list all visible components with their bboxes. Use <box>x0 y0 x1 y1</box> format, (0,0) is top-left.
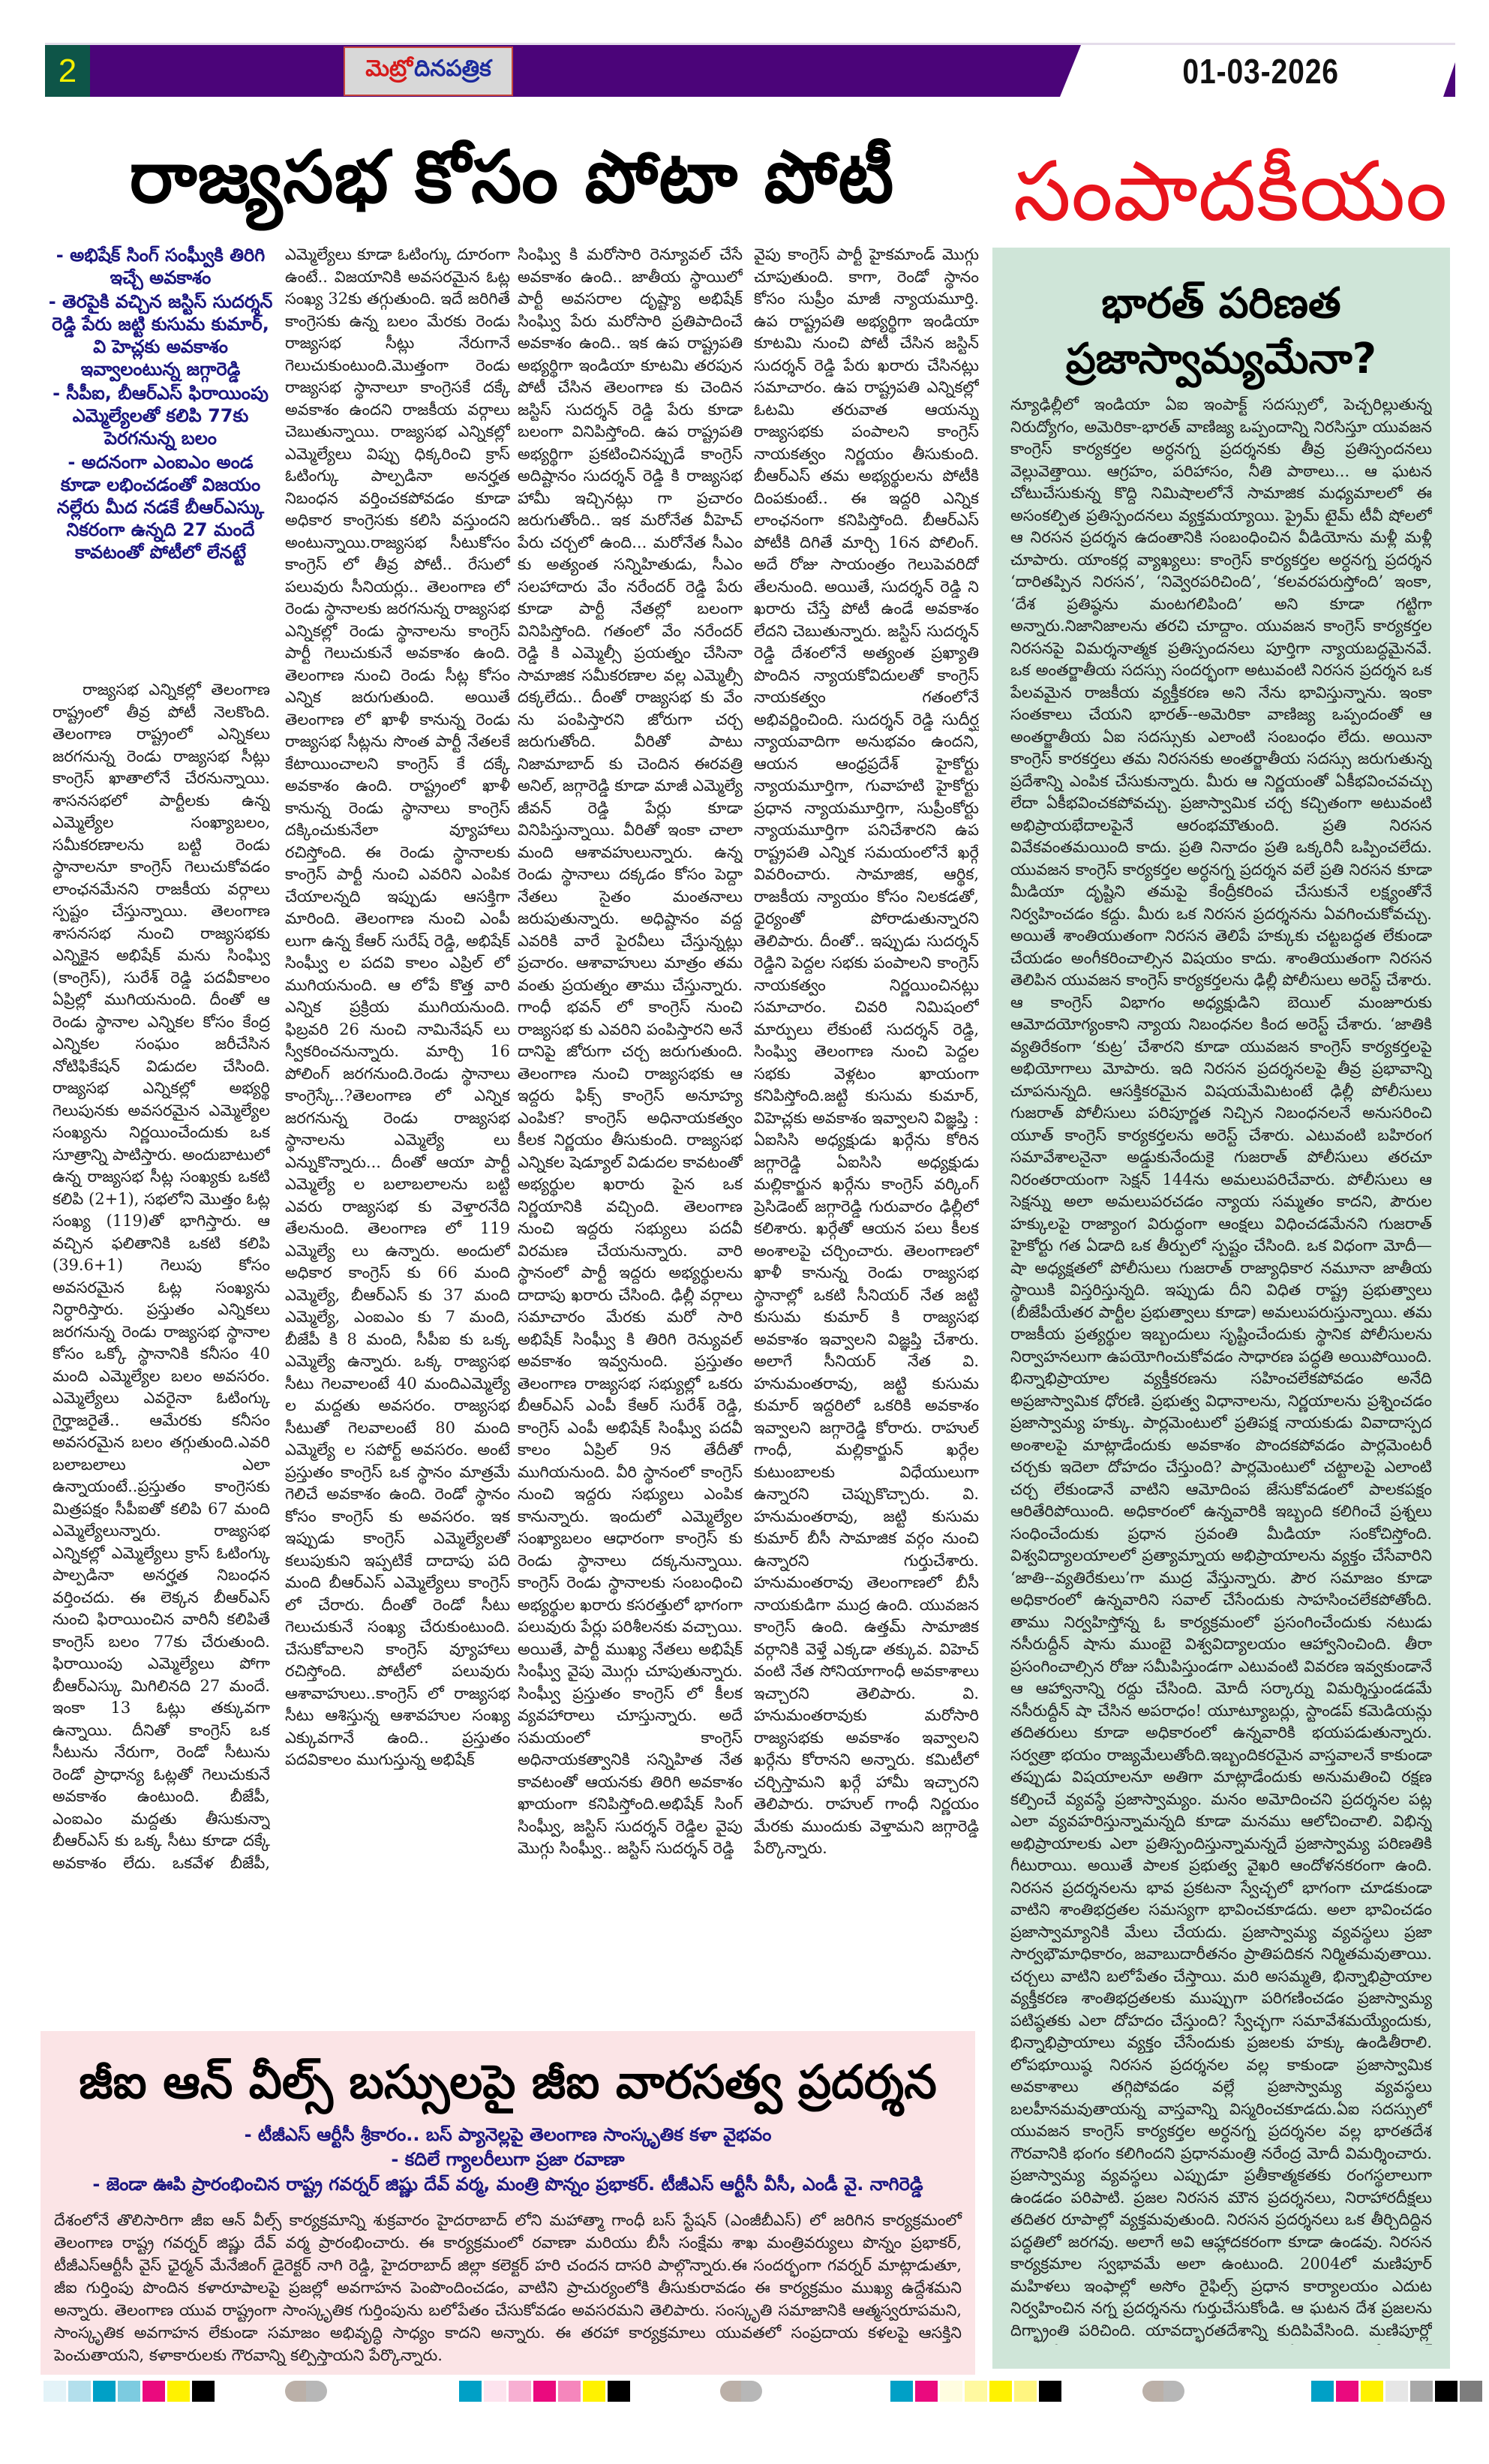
story-column-4: వైపు కాంగ్రెస్ పార్టీ హైకమాండ్ మొగ్గు చూ… <box>754 244 979 2067</box>
color-swatch <box>940 2381 962 2402</box>
registration-pill <box>1142 2381 1184 2402</box>
bottom-story-body: దేశంలోనే తొలిసారిగా జీఐ ఆన్ వీల్స్ కార్య… <box>54 2209 962 2366</box>
highlight-item: - అదనంగా ఎంఐఎం అండ కూడా లభించడంతో విజయం … <box>48 451 273 563</box>
color-swatch <box>989 2381 1012 2402</box>
editorial-label: సంపాదకీయం <box>990 124 1470 259</box>
column-text: సింఘ్వి కి మరోసారి రెన్యూవల్ చేసే అవకాశం… <box>518 244 743 1860</box>
story-column-2: ఎమ్మెల్యేలు కూడా ఓటింగ్కు దూరంగా ఉంటే.. … <box>285 244 510 2067</box>
color-swatch <box>965 2381 987 2402</box>
color-swatch <box>558 2381 581 2402</box>
logo-part1: మెట్రో <box>365 56 413 87</box>
color-swatch <box>1039 2381 1061 2402</box>
color-swatch <box>1385 2381 1408 2402</box>
page-number: 2 <box>45 45 90 97</box>
color-swatch <box>890 2381 913 2402</box>
color-swatch <box>915 2381 938 2402</box>
color-swatch <box>459 2381 482 2402</box>
registration-pill <box>285 2381 327 2402</box>
masthead: 2 మెట్రో దినపత్రిక 01-03-2026 <box>45 43 1455 97</box>
color-registration-bar <box>1311 2381 1482 2402</box>
highlight-item: - తెరపైకి వచ్చిన జస్టిస్ సుదర్శన్ రెడ్డి… <box>48 290 273 380</box>
editorial-body: న్యూఢిల్లీలో ఇండియా ఏఐ ఇంపాక్ట్ సదస్సులో… <box>1010 394 1432 2345</box>
highlight-item: - అభిషేక్ సింగ్ సంఘ్వీకి తిరిగి ఇచ్చే అవ… <box>48 244 273 289</box>
story-column-3: సింఘ్వి కి మరోసారి రెన్యూవల్ చేసే అవకాశం… <box>518 244 743 2067</box>
color-registration-bar <box>459 2381 630 2402</box>
color-swatch <box>1361 2381 1383 2402</box>
editorial-title-line1: భారత్ పరిణత <box>992 276 1450 332</box>
color-swatch <box>484 2381 506 2402</box>
editorial-title-line2: ప్రజాస్వామ్యమేనా? <box>992 332 1450 387</box>
registration-pill <box>720 2381 762 2402</box>
color-swatch <box>68 2381 91 2402</box>
logo-part2: దినపత్రిక <box>414 56 491 87</box>
column-text: రాజ్యసభ ఎన్నికల్లో తెలంగాణ రాష్ట్రంలో తీ… <box>53 679 270 1872</box>
color-swatch <box>1410 2381 1433 2402</box>
bottom-story-subheads: - టీజీఎస్ ఆర్టీసీ శ్రీకారం.. బస్ ప్యానెల… <box>41 2123 975 2197</box>
color-swatch <box>1311 2381 1334 2402</box>
color-swatch <box>1014 2381 1037 2402</box>
color-swatch <box>608 2381 630 2402</box>
color-swatch <box>143 2381 165 2402</box>
column-text: ఎమ్మెల్యేలు కూడా ఓటింగ్కు దూరంగా ఉంటే.. … <box>285 244 510 1771</box>
color-swatch <box>44 2381 66 2402</box>
color-swatch <box>1336 2381 1358 2402</box>
main-headline: రాజ్యసభ కోసం పోటా పోటీ <box>45 134 979 221</box>
color-registration-bar <box>44 2381 215 2402</box>
color-swatch <box>583 2381 605 2402</box>
color-swatch <box>118 2381 140 2402</box>
date-box: 01-03-2026 <box>1060 45 1461 97</box>
editorial-title: భారత్ పరిణత ప్రజాస్వామ్యమేనా? <box>992 276 1450 387</box>
story-column-1: రాజ్యసభ ఎన్నికల్లో తెలంగాణ రాష్ట్రంలో తీ… <box>53 679 270 1872</box>
bottom-story-headline: జీఐ ఆన్ వీల్స్ బస్సులపై జీఐ వారసత్వ ప్రద… <box>41 2052 975 2112</box>
subhead: - జెండా ఊపి ప్రారంభించిన రాష్ట్ర గవర్నర్… <box>41 2172 975 2197</box>
color-registration-bar <box>890 2381 1061 2402</box>
editorial-box: భారత్ పరిణత ప్రజాస్వామ్యమేనా? న్యూఢిల్లీ… <box>992 248 1450 2369</box>
newspaper-logo: మెట్రో దినపత్రిక <box>344 47 513 96</box>
color-swatch <box>192 2381 215 2402</box>
color-swatch <box>1435 2381 1457 2402</box>
color-swatch <box>509 2381 531 2402</box>
highlight-item: - సీపీఐ, బీఆర్ఎస్ ఫిరాయింపు ఎమ్మెల్యేలతో… <box>48 382 273 449</box>
issue-date: 01-03-2026 <box>1182 51 1339 92</box>
color-swatch <box>93 2381 116 2402</box>
subhead: - టీజీఎస్ ఆర్టీసీ శ్రీకారం.. బస్ ప్యానెల… <box>41 2123 975 2147</box>
color-swatch <box>533 2381 556 2402</box>
color-swatch <box>167 2381 190 2402</box>
bottom-story: జీఐ ఆన్ వీల్స్ బస్సులపై జీఐ వారసత్వ ప్రద… <box>41 2031 975 2375</box>
color-swatch <box>1460 2381 1482 2402</box>
story-highlights: - అభిషేక్ సింగ్ సంఘ్వీకి తిరిగి ఇచ్చే అవ… <box>48 244 273 565</box>
subhead: - కదిలే గ్యాలరీలుగా ప్రజా రవాణా <box>41 2147 975 2172</box>
column-text: వైపు కాంగ్రెస్ పార్టీ హైకమాండ్ మొగ్గు చూ… <box>754 244 979 1860</box>
